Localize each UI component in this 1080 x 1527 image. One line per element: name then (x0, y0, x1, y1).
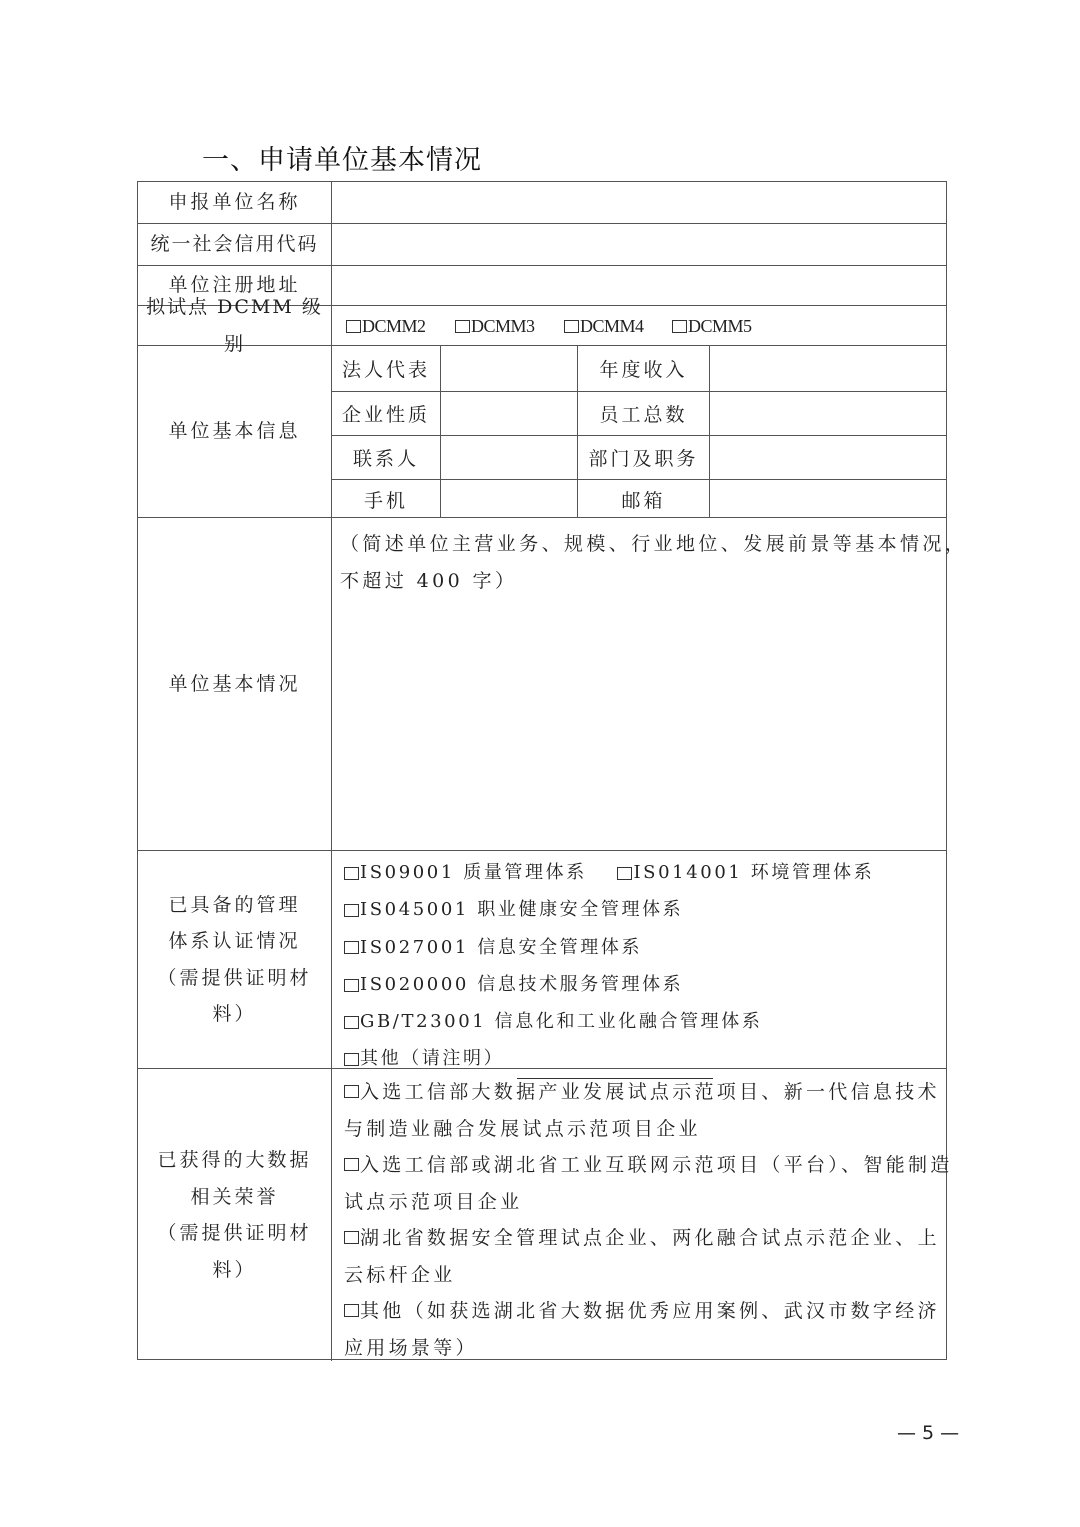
checkbox-icon (344, 1304, 359, 1317)
department-title-label: 部门及职务 (578, 436, 710, 480)
checkbox-icon (344, 904, 359, 917)
credit-code-label: 统一社会信用代码 (138, 224, 332, 265)
employee-count-label: 员工总数 (578, 392, 710, 436)
basic-situation-label: 单位基本情况 (138, 518, 332, 850)
basic-info-grid: 法人代表 年度收入 企业性质 员工总数 联系人 部门及职务 手机 邮箱 (332, 346, 946, 517)
iso20000-checkbox[interactable]: IS020000 信息技术服务管理体系 (344, 967, 683, 1004)
enterprise-type-field[interactable] (441, 392, 578, 436)
email-field[interactable] (710, 480, 946, 518)
certifications-options: IS09001 质量管理体系 IS014001 环境管理体系 IS045001 … (332, 851, 946, 1068)
checkbox-icon (344, 1158, 359, 1171)
row-dcmm-level: 拟试点 DCMM 级别 DCMM2 DCMM3 DCMM4 DCMM5 (138, 306, 946, 346)
dcmm4-checkbox[interactable]: DCMM4 (564, 316, 644, 337)
row-basic-info: 单位基本信息 法人代表 年度收入 企业性质 员工总数 联系人 部门及职务 手机 … (138, 346, 946, 518)
dcmm-level-options: DCMM2 DCMM3 DCMM4 DCMM5 (332, 306, 946, 345)
legal-rep-label: 法人代表 (332, 346, 441, 392)
checkbox-icon (344, 1053, 359, 1066)
contact-person-label: 联系人 (332, 436, 441, 480)
reg-address-field[interactable] (332, 266, 946, 305)
checkbox-icon (617, 867, 632, 880)
row-unit-name: 申报单位名称 (138, 182, 946, 224)
honor-option-2[interactable]: 入选工信部或湖北省工业互联网示范项目（平台）、智能制造 试点示范项目企业 (344, 1147, 936, 1220)
iso14001-checkbox[interactable]: IS014001 环境管理体系 (617, 855, 874, 892)
checkbox-icon (344, 979, 359, 992)
honor-option-3[interactable]: 湖北省数据安全管理试点企业、两化融合试点示范企业、上 云标杆企业 (344, 1220, 936, 1293)
checkbox-icon (344, 1016, 359, 1029)
checkbox-icon (564, 320, 579, 333)
iso27001-checkbox[interactable]: IS027001 信息安全管理体系 (344, 930, 642, 967)
section-title: 一、申请单位基本情况 (202, 138, 482, 177)
email-label: 邮箱 (578, 480, 710, 518)
employee-count-field[interactable] (710, 392, 946, 436)
iso45001-checkbox[interactable]: IS045001 职业健康安全管理体系 (344, 892, 683, 929)
checkbox-icon (344, 1085, 359, 1098)
page-number: — 5 — (897, 1422, 959, 1444)
annual-revenue-field[interactable] (710, 346, 946, 392)
legal-rep-field[interactable] (441, 346, 578, 392)
mobile-label: 手机 (332, 480, 441, 518)
certifications-label: 已具备的管理 体系认证情况 （需提供证明材 料） (138, 851, 332, 1068)
row-credit-code: 统一社会信用代码 (138, 224, 946, 266)
honors-options: 入选工信部大数据产业发展试点示范项目、新一代信息技术 与制造业融合发展试点示范项… (332, 1069, 946, 1361)
dcmm-level-label: 拟试点 DCMM 级别 (138, 306, 332, 345)
basic-info-label: 单位基本信息 (138, 346, 332, 517)
checkbox-icon (344, 1231, 359, 1244)
honors-label: 已获得的大数据 相关荣誉 （需提供证明材 料） (138, 1069, 332, 1361)
gbt23001-checkbox[interactable]: GB/T23001 信息化和工业化融合管理体系 (344, 1004, 762, 1041)
checkbox-icon (455, 320, 470, 333)
annual-revenue-label: 年度收入 (578, 346, 710, 392)
row-certifications: 已具备的管理 体系认证情况 （需提供证明材 料） IS09001 质量管理体系 … (138, 851, 946, 1069)
contact-person-field[interactable] (441, 436, 578, 480)
application-form-table: 申报单位名称 统一社会信用代码 单位注册地址 拟试点 DCMM 级别 DCMM2… (137, 181, 947, 1360)
honor-option-1[interactable]: 入选工信部大数据产业发展试点示范项目、新一代信息技术 与制造业融合发展试点示范项… (344, 1074, 936, 1147)
dcmm2-checkbox[interactable]: DCMM2 (346, 316, 426, 337)
mobile-field[interactable] (441, 480, 578, 518)
row-basic-situation: 单位基本情况 （简述单位主营业务、规模、行业地位、发展前景等基本情况， 不超过 … (138, 518, 946, 851)
basic-situation-hint: （简述单位主营业务、规模、行业地位、发展前景等基本情况， 不超过 400 字） (340, 526, 936, 599)
dcmm5-checkbox[interactable]: DCMM5 (672, 316, 752, 337)
department-title-field[interactable] (710, 436, 946, 480)
unit-name-label: 申报单位名称 (138, 182, 332, 223)
checkbox-icon (346, 320, 361, 333)
iso9001-checkbox[interactable]: IS09001 质量管理体系 (344, 855, 587, 892)
enterprise-type-label: 企业性质 (332, 392, 441, 436)
unit-name-field[interactable] (332, 182, 946, 223)
checkbox-icon (344, 867, 359, 880)
checkbox-icon (672, 320, 687, 333)
honor-option-4[interactable]: 其他（如获选湖北省大数据优秀应用案例、武汉市数字经济 应用场景等） (344, 1293, 936, 1366)
dcmm3-checkbox[interactable]: DCMM3 (455, 316, 535, 337)
basic-situation-textarea[interactable]: （简述单位主营业务、规模、行业地位、发展前景等基本情况， 不超过 400 字） (332, 518, 946, 850)
credit-code-field[interactable] (332, 224, 946, 265)
checkbox-icon (344, 941, 359, 954)
row-honors: 已获得的大数据 相关荣誉 （需提供证明材 料） 入选工信部大数据产业发展试点示范… (138, 1069, 946, 1361)
